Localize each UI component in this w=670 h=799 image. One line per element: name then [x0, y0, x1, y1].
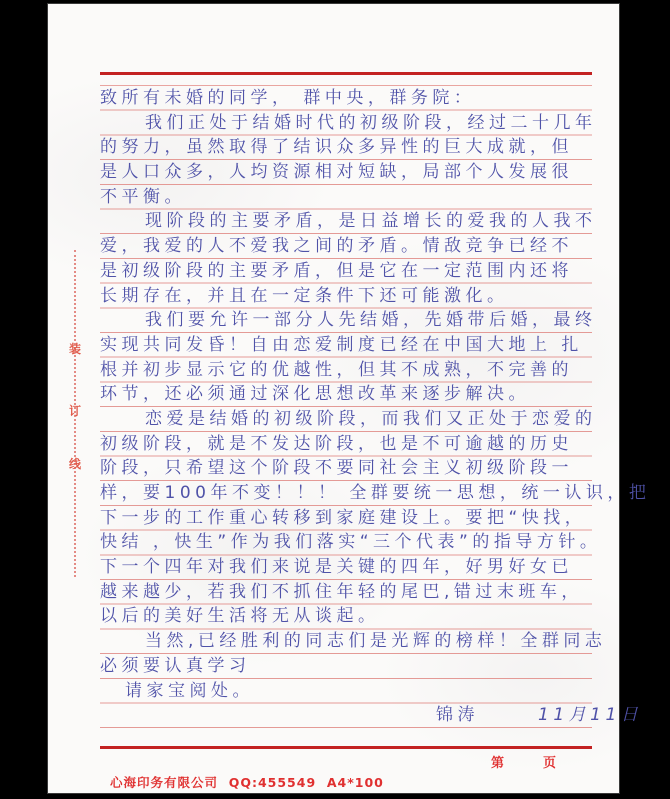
signature-line: 锦涛11月11日 [100, 703, 592, 728]
bottom-border-line [100, 746, 592, 749]
letter-line: 实现共同发昏！自由恋爱制度已经在中国大地上 扎 [100, 333, 592, 358]
top-border-line [100, 72, 592, 75]
letter-line: 必须要认真学习 [100, 654, 592, 679]
letter-line: 不平衡。 [100, 185, 592, 210]
letter-line: 现阶段的主要矛盾，是日益增长的爱我的人我不 [100, 209, 592, 234]
binding-label-char: 订 [68, 404, 82, 418]
letter-line: 样，要100年不变！！！ 全群要统一思想，统一认识，把 [100, 481, 592, 506]
signature-date: 11月11日 [538, 703, 642, 728]
letter-line: 是人口众多，人均资源相对短缺，局部个人发展很 [100, 160, 592, 185]
letter-line: 请家宝阅处。 [100, 679, 592, 704]
letter-line: 我们要允许一部分人先结婚，先婚带后婚，最终 [100, 308, 592, 333]
letter-line: 恋爱是结婚的初级阶段，而我们又正处于恋爱的 [100, 407, 592, 432]
letter-line: 长期存在，并且在一定条件下还可能激化。 [100, 284, 592, 309]
signature-name: 锦涛 [436, 703, 479, 728]
letter-line: 下一步的工作重心转移到家庭建设上。要把“快找， [100, 506, 592, 531]
page-number-suffix-label: 页 [543, 752, 556, 771]
letter-line: 爱，我爱的人不爱我之间的矛盾。情敌竞争已经不 [100, 234, 592, 259]
letter-line: 是初级阶段的主要矛盾，但是它在一定范围内还将 [100, 259, 592, 284]
letter-line: 我们正处于结婚时代的初级阶段，经过二十几年 [100, 111, 592, 136]
letter-line: 下一个四年对我们来说是关键的四年，好男好女已 [100, 555, 592, 580]
letter-line: 当然,已经胜利的同志们是光辉的榜样！全群同志 [100, 629, 592, 654]
letter-paper: 装 订 线 致所有未婚的同学， 群中央，群务院：我们正处于结婚时代的初级阶段，经… [48, 4, 619, 793]
letter-line: 以后的美好生活将无从谈起。 [100, 604, 592, 629]
letter-line: 环节，还必须通过深化思想改革来逐步解决。 [100, 382, 592, 407]
letter-line: 阶段，只希望这个阶段不要同社会主义初级阶段一 [100, 456, 592, 481]
page-number-prefix-label: 第 [491, 752, 504, 771]
letter-line: 快结 ，快生”作为我们落实“三个代表”的指导方针。 [100, 530, 592, 555]
letter-line: 初级阶段，就是不发达阶段，也是不可逾越的历史 [100, 432, 592, 457]
letter-line: 越来越少，若我们不抓住年轻的尾巴,错过末班车， [100, 580, 592, 605]
binding-label-char: 装 [68, 342, 82, 356]
binding-label-char: 线 [68, 457, 82, 471]
letter-line: 根并初步显示它的优越性，但其不成熟，不完善的 [100, 358, 592, 383]
letter-line: 致所有未婚的同学， 群中央，群务院： [100, 86, 592, 111]
handwritten-text-area: 致所有未婚的同学， 群中央，群务院：我们正处于结婚时代的初级阶段，经过二十几年的… [100, 86, 592, 729]
scanned-letter-stage: 装 订 线 致所有未婚的同学， 群中央，群务院：我们正处于结婚时代的初级阶段，经… [0, 0, 670, 799]
letter-line: 的努力，虽然取得了结识众多异性的巨大成就，但 [100, 135, 592, 160]
printer-footer-text: 心海印务有限公司 QQ:455549 A4*100 [110, 773, 384, 791]
